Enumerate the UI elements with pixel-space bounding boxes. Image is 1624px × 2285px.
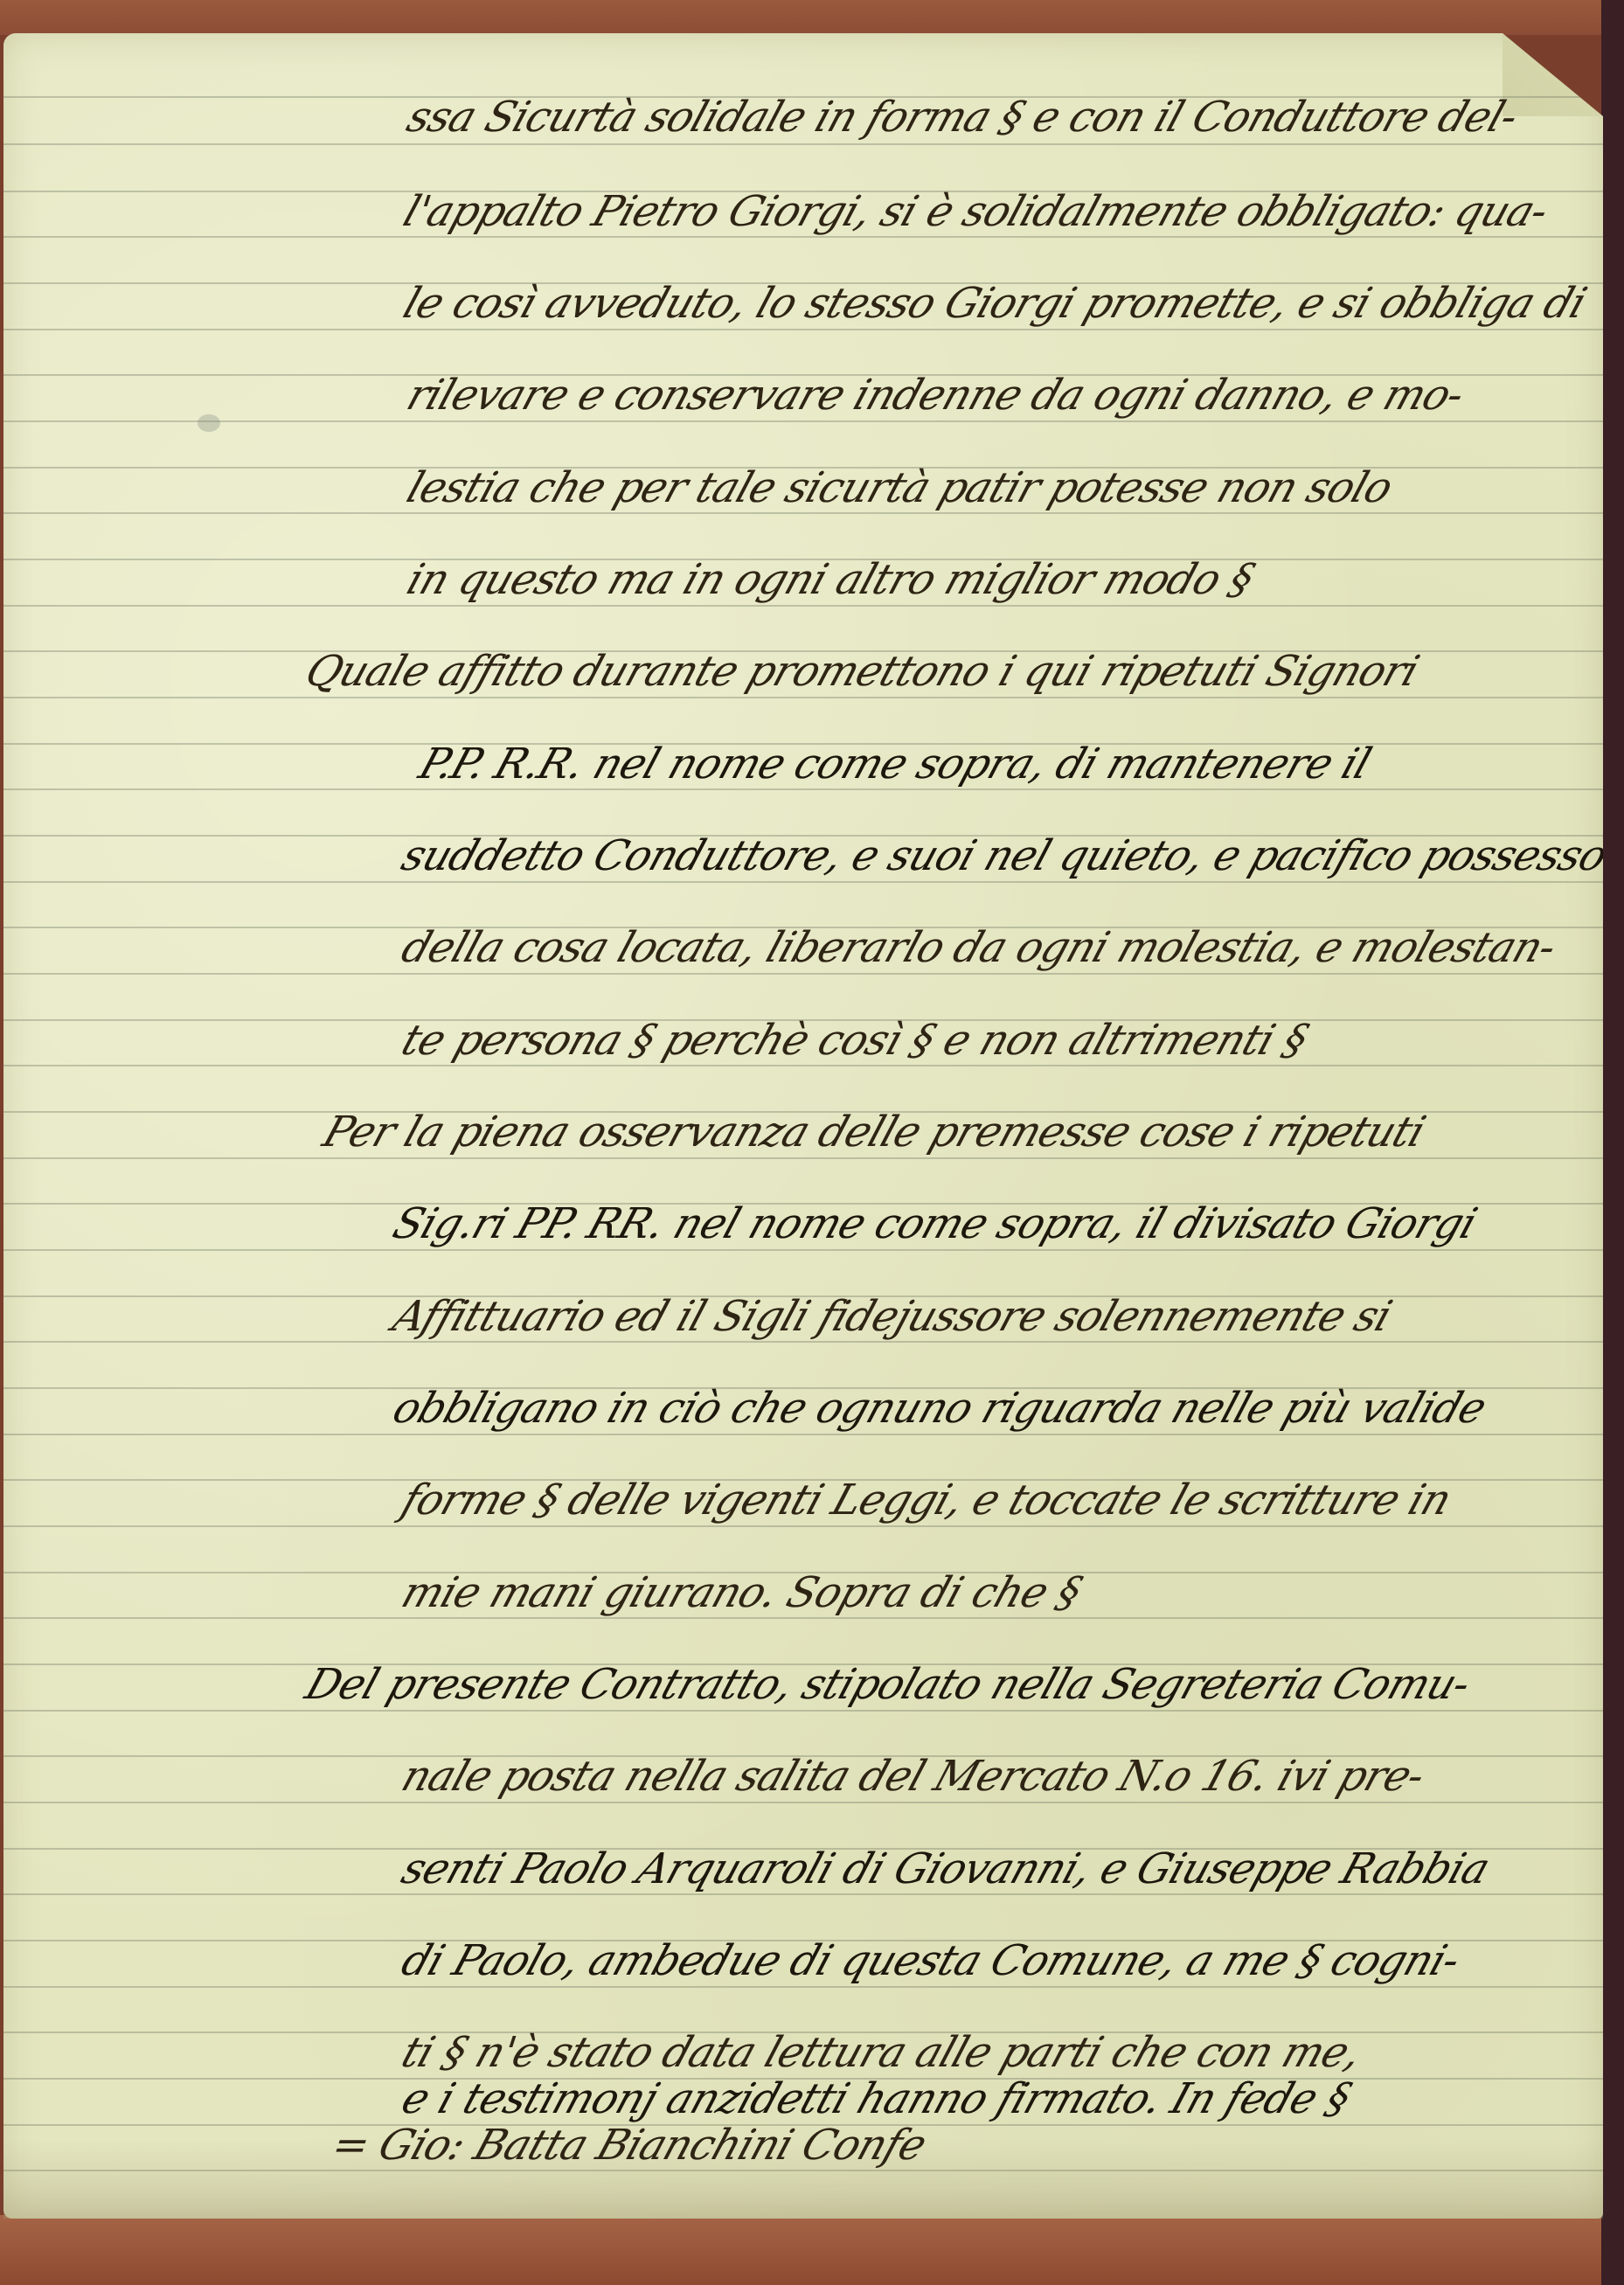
manuscript-line-4: rilevare e conservare indenne da ogni da… (402, 374, 1468, 416)
ruled-line (3, 1986, 1603, 1988)
photo-background-right (1601, 0, 1624, 2285)
manuscript-line-23: e i testimonj anzidetti hanno firmato. I… (397, 2078, 1355, 2120)
ruled-line (3, 697, 1603, 698)
manuscript-line-12: Per la piena osservanza delle premesse c… (318, 1111, 1430, 1153)
manuscript-line-6: in questo ma in ogni altro miglior modo … (402, 559, 1258, 601)
manuscript-line-9: suddetto Conduttore, e suoi nel quieto, … (397, 835, 1612, 877)
ruled-line (3, 1802, 1603, 1803)
paper-stain (198, 414, 220, 432)
ruled-line (3, 973, 1603, 975)
manuscript-line-21: di Paolo, ambedue di questa Comune, a me… (397, 1940, 1464, 1982)
ruled-line (3, 236, 1603, 238)
manuscript-line-13: Sig.ri PP. RR. nel nome come sopra, il d… (388, 1203, 1482, 1245)
manuscript-line-17: mie mani giurano. Sopra di che § (397, 1572, 1086, 1614)
ruled-line (3, 1710, 1603, 1712)
ruled-line (3, 143, 1603, 145)
manuscript-line-16: forme § delle vigenti Leggi, e toccate l… (397, 1479, 1456, 1521)
manuscript-line-11: te persona § perchè così § e non altrime… (397, 1019, 1312, 1061)
manuscript-line-1: ssa Sicurtà solidale in forma § e con il… (402, 96, 1523, 138)
ruled-line (3, 1434, 1603, 1435)
manuscript-line-19: nale posta nella salita del Mercato N.o … (397, 1755, 1429, 1797)
photo-background-bottom (0, 2215, 1624, 2285)
ruled-line (3, 605, 1603, 607)
manuscript-line-8: P.P. R.R. nel nome come sopra, di manten… (414, 743, 1376, 785)
ruled-line (3, 1341, 1603, 1343)
manuscript-line-15: obbligano in ciò che ognuno riguarda nel… (388, 1387, 1491, 1429)
ruled-line (3, 1893, 1603, 1895)
ruled-line (3, 881, 1603, 883)
ruled-line (3, 1249, 1603, 1251)
manuscript-line-22: ti § n'è stato data lettura alle parti c… (397, 2031, 1366, 2073)
manuscript-line-14: Affittuario ed il Sigli fidejussore sole… (388, 1295, 1396, 1337)
ruled-line (3, 788, 1603, 790)
ruled-line (3, 512, 1603, 514)
manuscript-line-18: Del presente Contratto, stipolato nella … (301, 1663, 1475, 1705)
ruled-line (3, 1617, 1603, 1619)
manuscript-page: ssa Sicurtà solidale in forma § e con il… (3, 33, 1603, 2219)
ruled-line (3, 1157, 1603, 1159)
manuscript-line-20: senti Paolo Arquaroli di Giovanni, e Giu… (397, 1848, 1494, 1890)
manuscript-line-10: della cosa locata, liberarlo da ogni mol… (397, 927, 1560, 969)
manuscript-line-7: Quale affitto durante promettono i qui r… (301, 650, 1423, 692)
ruled-line (3, 329, 1603, 330)
ruled-line (3, 1065, 1603, 1066)
manuscript-line-3: le così avveduto, lo stesso Giorgi prome… (399, 282, 1591, 324)
ruled-line (3, 1525, 1603, 1527)
manuscript-line-5: lestia che per tale sicurtà patir potess… (402, 467, 1397, 509)
manuscript-line-2: l'appalto Pietro Giorgi, si è solidalmen… (399, 191, 1552, 233)
photo-background-top (0, 0, 1624, 35)
signature-line: = Gio: Batta Bianchini Confe (327, 2124, 931, 2166)
ruled-line (3, 420, 1603, 422)
